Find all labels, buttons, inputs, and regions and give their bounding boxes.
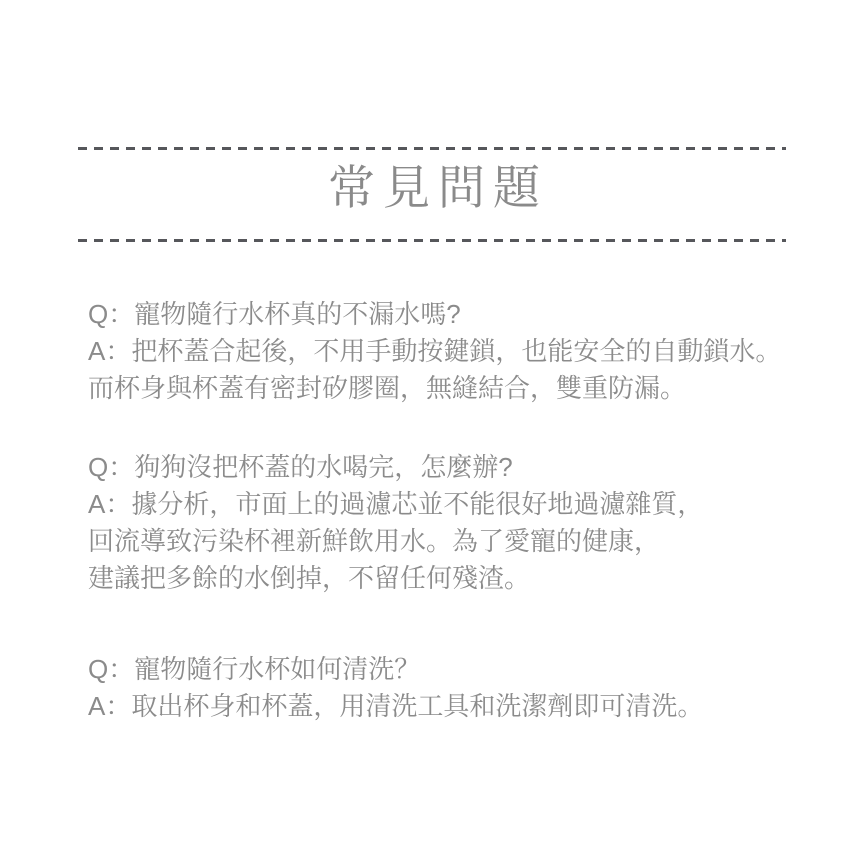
- faq-answer-line: 建議把多餘的水倒掉，不留任何殘渣。: [88, 560, 828, 597]
- faq-question: Q：狗狗沒把杯蓋的水喝完，怎麼辦?: [88, 449, 828, 486]
- faq-answer-line: A：把杯蓋合起後，不用手動按鍵鎖，也能安全的自動鎖水。: [88, 333, 828, 370]
- dashed-divider-top: [78, 147, 786, 150]
- faq-page: 常見問題 Q：寵物隨行水杯真的不漏水嗎? A：把杯蓋合起後，不用手動按鍵鎖，也能…: [0, 0, 868, 868]
- faq-question: Q：寵物隨行水杯真的不漏水嗎?: [88, 296, 828, 333]
- faq-answer-line: A：據分析，市面上的過濾芯並不能很好地過濾雜質，: [88, 486, 828, 523]
- faq-item-leftover-water: Q：狗狗沒把杯蓋的水喝完，怎麼辦? A：據分析，市面上的過濾芯並不能很好地過濾雜…: [88, 449, 828, 597]
- page-title: 常見問題: [0, 160, 868, 216]
- faq-answer-line: 而杯身與杯蓋有密封矽膠圈，無縫結合，雙重防漏。: [88, 370, 828, 407]
- faq-item-cleaning: Q：寵物隨行水杯如何清洗？ A：取出杯身和杯蓋，用清洗工具和洗潔劑即可清洗。: [88, 651, 828, 725]
- faq-answer-line: A：取出杯身和杯蓋，用清洗工具和洗潔劑即可清洗。: [88, 688, 828, 725]
- faq-item-leakproof: Q：寵物隨行水杯真的不漏水嗎? A：把杯蓋合起後，不用手動按鍵鎖，也能安全的自動…: [88, 296, 828, 407]
- faq-question: Q：寵物隨行水杯如何清洗？: [88, 651, 828, 688]
- faq-answer-line: 回流導致污染杯裡新鮮飲用水。為了愛寵的健康，: [88, 523, 828, 560]
- dashed-divider-bottom: [78, 239, 786, 242]
